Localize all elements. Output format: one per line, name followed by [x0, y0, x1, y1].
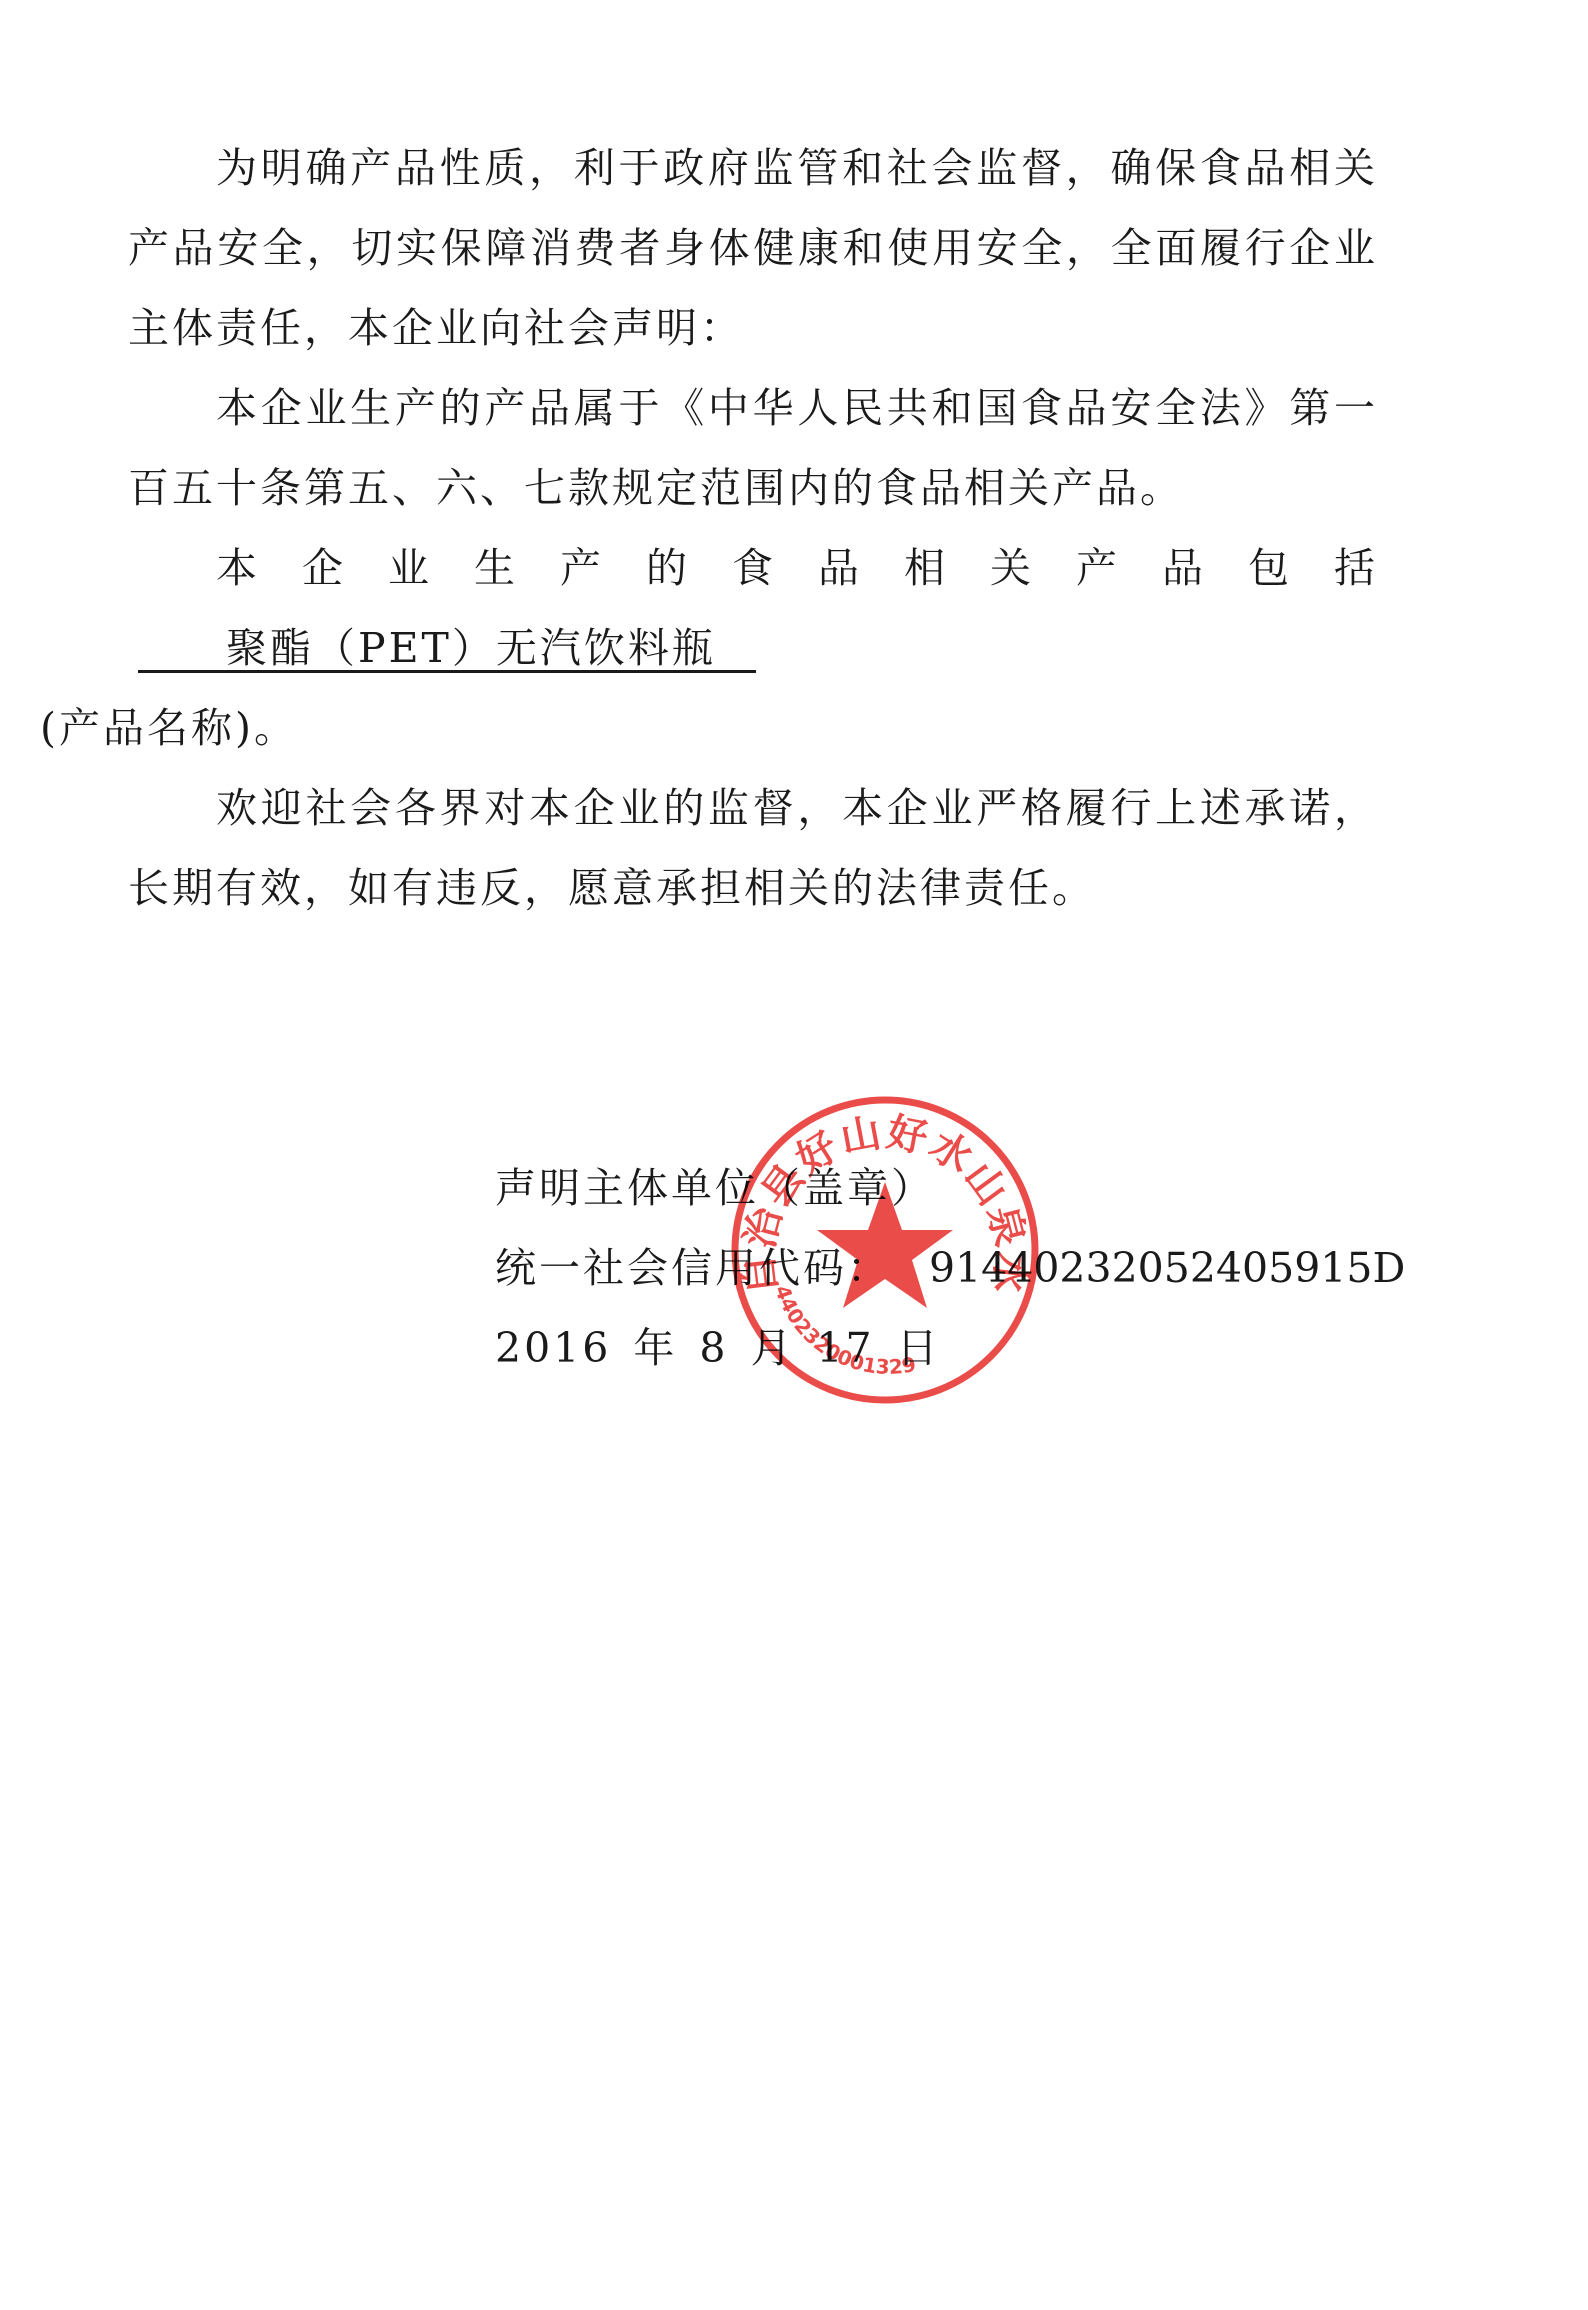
declaration-body: 为明确产品性质，利于政府监管和社会监督，确保食品相关产品安全，切实保障消费者身体… [128, 128, 1378, 928]
product-name-field: 聚酯（PET）无汽饮料瓶 [138, 626, 756, 673]
company-seal-icon: 乳源瑶族自治县好山好水山泉水有限公司 4402320001329 [725, 1090, 1045, 1410]
date-year: 2016 [495, 1324, 611, 1372]
paragraph-purpose: 为明确产品性质，利于政府监管和社会监督，确保食品相关产品安全，切实保障消费者身体… [128, 128, 1378, 368]
paragraph-products: 本企业生产的食品相关产品包括聚酯（PET）无汽饮料瓶(产品名称)。 [128, 528, 1378, 768]
products-suffix: (产品名称)。 [40, 704, 298, 752]
document-page: 为明确产品性质，利于政府监管和社会监督，确保食品相关产品安全，切实保障消费者身体… [0, 0, 1588, 2310]
date-year-unit: 年 [633, 1324, 677, 1372]
paragraph-commitment: 欢迎社会各界对本企业的监督，本企业严格履行上述承诺，长期有效，如有违反，愿意承担… [128, 768, 1378, 928]
seal-star-icon [817, 1182, 953, 1308]
paragraph-legal-scope: 本企业生产的产品属于《中华人民共和国食品安全法》第一百五十条第五、六、七款规定范… [128, 368, 1378, 528]
products-prefix: 本企业生产的食品相关产品包括 [216, 544, 1378, 592]
